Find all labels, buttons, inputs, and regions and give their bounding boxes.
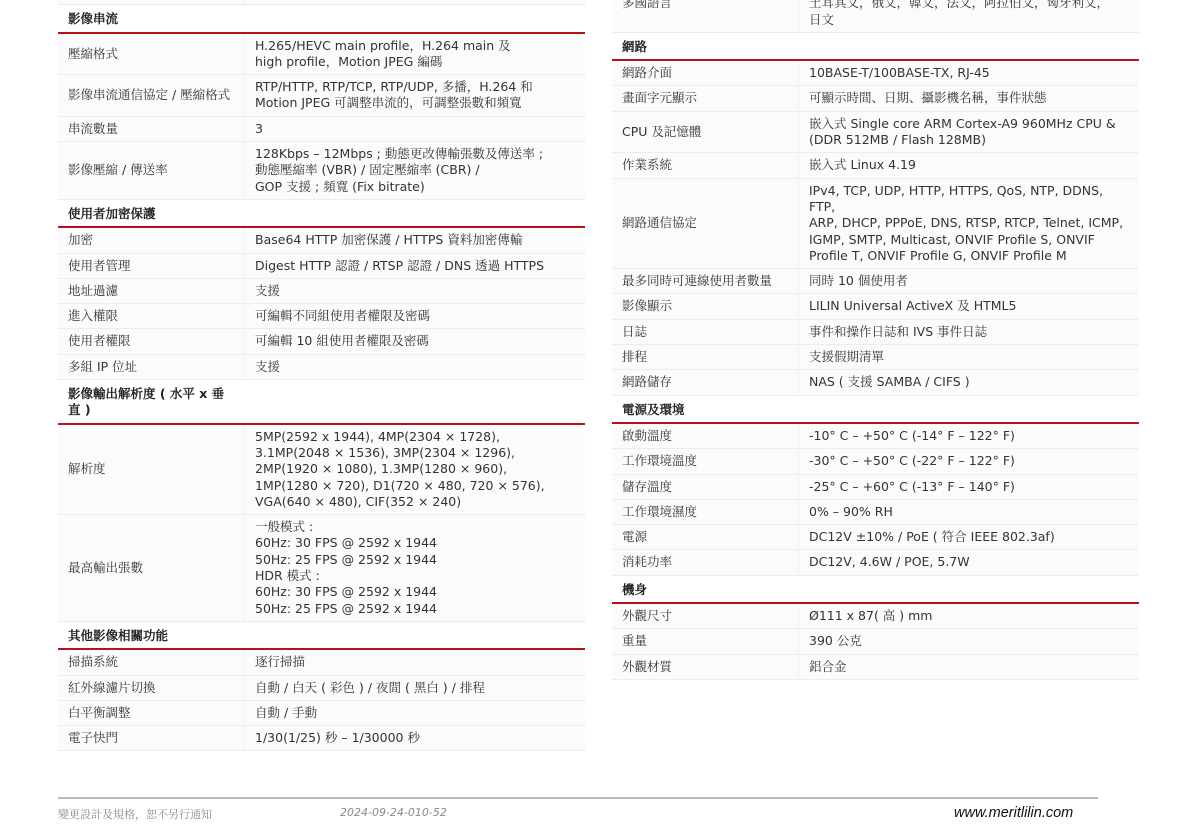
section-title: 影像輸出解析度 ( 水平 x 垂直 ) bbox=[58, 380, 245, 424]
spec-value: 支援 bbox=[245, 354, 586, 379]
spec-label: CPU 及記憶體 bbox=[612, 111, 799, 153]
spec-value: 事件和操作日誌和 IVS 事件日誌 bbox=[799, 319, 1140, 344]
section-spacer bbox=[799, 395, 1140, 423]
spec-label: 畫面字元顯示 bbox=[612, 86, 799, 111]
spec-row: 多組 IP 位址支援 bbox=[58, 354, 585, 379]
spec-value: 自動 / 手動 bbox=[245, 700, 586, 725]
section-header: 電源及環境 bbox=[612, 395, 1139, 423]
spec-row: 影像串流通信協定 / 壓縮格式RTP/HTTP, RTP/TCP, RTP/UD… bbox=[58, 75, 585, 117]
spec-row: 重量390 公克 bbox=[612, 629, 1139, 654]
spec-label: 網路通信協定 bbox=[612, 178, 799, 268]
spec-value: -30° C – +50° C (-22° F – 122° F) bbox=[799, 449, 1140, 474]
spec-row: 解析度5MP(2592 x 1944), 4MP(2304 × 1728), 3… bbox=[58, 424, 585, 515]
spec-row: 電源DC12V ±10% / PoE ( 符合 IEEE 802.3af) bbox=[612, 525, 1139, 550]
spec-row: 網路儲存NAS ( 支援 SAMBA / CIFS ) bbox=[612, 370, 1139, 395]
spec-row: 最高輸出張數一般模式 : 60Hz: 30 FPS @ 2592 x 1944 … bbox=[58, 515, 585, 622]
spec-label: 進入權限 bbox=[58, 304, 245, 329]
spec-value: IPv4, TCP, UDP, HTTP, HTTPS, QoS, NTP, D… bbox=[799, 178, 1140, 268]
section-title: 網路 bbox=[612, 32, 799, 60]
footer-disclaimer: 變更設計及規格，恕不另行通知 bbox=[58, 806, 212, 822]
spec-value: 自動 / 白天 ( 彩色 ) / 夜間 ( 黑白 ) / 排程 bbox=[245, 675, 586, 700]
spec-value: 可編輯不同組使用者權限及密碼 bbox=[245, 304, 586, 329]
footer-doc-code: 2024-09-24-010-52 bbox=[340, 806, 447, 819]
spec-value: DC12V, 4.6W / POE, 5.7W bbox=[799, 550, 1140, 575]
spec-label: 地址過濾 bbox=[58, 278, 245, 303]
spec-label: 儲存溫度 bbox=[612, 474, 799, 499]
spec-label: 最高輸出張數 bbox=[58, 515, 245, 622]
spec-value: -25° C – +60° C (-13° F – 140° F) bbox=[799, 474, 1140, 499]
spec-label: 電子快門 bbox=[58, 726, 245, 751]
spec-label: 作業系統 bbox=[612, 153, 799, 178]
spec-row: 網路介面10BASE-T/100BASE-TX, RJ-45 bbox=[612, 60, 1139, 86]
spec-label: 網路介面 bbox=[612, 60, 799, 86]
spec-row: 網路通信協定IPv4, TCP, UDP, HTTP, HTTPS, QoS, … bbox=[612, 178, 1139, 268]
spec-label: 使用者管理 bbox=[58, 253, 245, 278]
spec-value: 10BASE-T/100BASE-TX, RJ-45 bbox=[799, 60, 1140, 86]
spec-row: 使用者權限可編輯 10 組使用者權限及密碼 bbox=[58, 329, 585, 354]
spec-label: 工作環境溫度 bbox=[612, 449, 799, 474]
spec-value: Base64 HTTP 加密保護 / HTTPS 資料加密傳輸 bbox=[245, 227, 586, 253]
right-spec-column: 多國語言英文、繁體中文、簡體中文、西班牙文、義大利文、 土耳其文，俄文，韓文，法… bbox=[612, 0, 1139, 680]
section-header: 影像串流 bbox=[58, 5, 585, 33]
spec-label: 解析度 bbox=[58, 424, 245, 515]
spec-row: 啟動溫度-10° C – +50° C (-14° F – 122° F) bbox=[612, 423, 1139, 449]
spec-label: 影像壓縮 / 傳送率 bbox=[58, 142, 245, 200]
section-title: 電源及環境 bbox=[612, 395, 799, 423]
spec-row: 外觀尺寸Ø111 x 87( 高 ) mm bbox=[612, 603, 1139, 629]
section-spacer bbox=[245, 199, 586, 227]
spec-row: 畫面字元顯示可顯示時間、日期、攝影機名稱，事件狀態 bbox=[612, 86, 1139, 111]
footer-website-link[interactable]: www.meritlilin.com bbox=[954, 805, 1073, 821]
spec-value: 鋁合金 bbox=[799, 654, 1140, 679]
spec-value: 128Kbps – 12Mbps ; 動態更改傳輸張數及傳送率 ; 動態壓縮率 … bbox=[245, 142, 586, 200]
spec-label: 最多同時可連線使用者數量 bbox=[612, 269, 799, 294]
spec-label: 影像顯示 bbox=[612, 294, 799, 319]
spec-value: 0% – 90% RH bbox=[799, 499, 1140, 524]
spec-label: 日誌 bbox=[612, 319, 799, 344]
section-header: 機身 bbox=[612, 575, 1139, 603]
spec-value: 逐行掃描 bbox=[245, 649, 586, 675]
spec-label: 紅外線濾片切換 bbox=[58, 675, 245, 700]
spec-row: 工作環境濕度0% – 90% RH bbox=[612, 499, 1139, 524]
section-header: 網路 bbox=[612, 32, 1139, 60]
spec-row: 儲存溫度-25° C – +60° C (-13° F – 140° F) bbox=[612, 474, 1139, 499]
spec-value: 一般模式 : 60Hz: 30 FPS @ 2592 x 1944 50Hz: … bbox=[245, 515, 586, 622]
spec-value: 支援假期清單 bbox=[799, 345, 1140, 370]
spec-label: 電源 bbox=[612, 525, 799, 550]
spec-value: Ø111 x 87( 高 ) mm bbox=[799, 603, 1140, 629]
section-spacer bbox=[245, 621, 586, 649]
left-spec-table: 40VDC,450mW/300mA,450mW)，端子接線排影像串流壓縮格式H.… bbox=[58, 0, 585, 751]
spec-label: 加密 bbox=[58, 227, 245, 253]
spec-label: 排程 bbox=[612, 345, 799, 370]
spec-label: 網路儲存 bbox=[612, 370, 799, 395]
section-spacer bbox=[799, 575, 1140, 603]
spec-row: 消耗功率DC12V, 4.6W / POE, 5.7W bbox=[612, 550, 1139, 575]
spec-row: 壓縮格式H.265/HEVC main profile，H.264 main 及… bbox=[58, 33, 585, 75]
spec-value: 英文、繁體中文、簡體中文、西班牙文、義大利文、 土耳其文，俄文，韓文，法文，阿拉… bbox=[799, 0, 1140, 32]
spec-value: 可編輯 10 組使用者權限及密碼 bbox=[245, 329, 586, 354]
section-title: 機身 bbox=[612, 575, 799, 603]
spec-label: 多組 IP 位址 bbox=[58, 354, 245, 379]
footer-divider bbox=[58, 797, 1098, 799]
spec-row: 最多同時可連線使用者數量同時 10 個使用者 bbox=[612, 269, 1139, 294]
spec-label: 壓縮格式 bbox=[58, 33, 245, 75]
spec-value: NAS ( 支援 SAMBA / CIFS ) bbox=[799, 370, 1140, 395]
spec-row: 白平衡調整自動 / 手動 bbox=[58, 700, 585, 725]
spec-value: H.265/HEVC main profile，H.264 main 及 hig… bbox=[245, 33, 586, 75]
right-spec-table: 多國語言英文、繁體中文、簡體中文、西班牙文、義大利文、 土耳其文，俄文，韓文，法… bbox=[612, 0, 1139, 680]
spec-row: 影像顯示LILIN Universal ActiveX 及 HTML5 bbox=[612, 294, 1139, 319]
section-header: 影像輸出解析度 ( 水平 x 垂直 ) bbox=[58, 380, 585, 424]
section-spacer bbox=[245, 380, 586, 424]
spec-value: LILIN Universal ActiveX 及 HTML5 bbox=[799, 294, 1140, 319]
spec-label: 外觀材質 bbox=[612, 654, 799, 679]
spec-value: 嵌入式 Single core ARM Cortex-A9 960MHz CPU… bbox=[799, 111, 1140, 153]
spec-row: 作業系統嵌入式 Linux 4.19 bbox=[612, 153, 1139, 178]
spec-label: 多國語言 bbox=[612, 0, 799, 32]
spec-row: 加密Base64 HTTP 加密保護 / HTTPS 資料加密傳輸 bbox=[58, 227, 585, 253]
spec-value: 3 bbox=[245, 116, 586, 141]
section-title: 使用者加密保護 bbox=[58, 199, 245, 227]
spec-value: 嵌入式 Linux 4.19 bbox=[799, 153, 1140, 178]
spec-row: 排程支援假期清單 bbox=[612, 345, 1139, 370]
spec-label: 工作環境濕度 bbox=[612, 499, 799, 524]
spec-row: CPU 及記憶體嵌入式 Single core ARM Cortex-A9 96… bbox=[612, 111, 1139, 153]
section-title: 其他影像相關功能 bbox=[58, 621, 245, 649]
section-header: 使用者加密保護 bbox=[58, 199, 585, 227]
spec-row: 工作環境溫度-30° C – +50° C (-22° F – 122° F) bbox=[612, 449, 1139, 474]
spec-row: 日誌事件和操作日誌和 IVS 事件日誌 bbox=[612, 319, 1139, 344]
spec-value: 同時 10 個使用者 bbox=[799, 269, 1140, 294]
spec-value: RTP/HTTP, RTP/TCP, RTP/UDP, 多播，H.264 和 M… bbox=[245, 75, 586, 117]
spec-label: 消耗功率 bbox=[612, 550, 799, 575]
spec-label: 白平衡調整 bbox=[58, 700, 245, 725]
spec-label: 使用者權限 bbox=[58, 329, 245, 354]
spec-value: 可顯示時間、日期、攝影機名稱，事件狀態 bbox=[799, 86, 1140, 111]
section-spacer bbox=[799, 32, 1140, 60]
spec-label: 啟動溫度 bbox=[612, 423, 799, 449]
spec-label: 外觀尺寸 bbox=[612, 603, 799, 629]
spec-label: 影像串流通信協定 / 壓縮格式 bbox=[58, 75, 245, 117]
spec-row: 串流數量3 bbox=[58, 116, 585, 141]
spec-row: 掃描系統逐行掃描 bbox=[58, 649, 585, 675]
spec-row: 電子快門1/30(1/25) 秒 – 1/30000 秒 bbox=[58, 726, 585, 751]
spec-row: 紅外線濾片切換自動 / 白天 ( 彩色 ) / 夜間 ( 黑白 ) / 排程 bbox=[58, 675, 585, 700]
spec-label: 掃描系統 bbox=[58, 649, 245, 675]
spec-label: 串流數量 bbox=[58, 116, 245, 141]
spec-row: 使用者管理Digest HTTP 認證 / RTSP 認證 / DNS 透過 H… bbox=[58, 253, 585, 278]
section-title: 影像串流 bbox=[58, 5, 245, 33]
spec-row: 外觀材質鋁合金 bbox=[612, 654, 1139, 679]
spec-value: DC12V ±10% / PoE ( 符合 IEEE 802.3af) bbox=[799, 525, 1140, 550]
spec-value: 1/30(1/25) 秒 – 1/30000 秒 bbox=[245, 726, 586, 751]
spec-value: 5MP(2592 x 1944), 4MP(2304 × 1728), 3.1M… bbox=[245, 424, 586, 515]
spec-row: 進入權限可編輯不同組使用者權限及密碼 bbox=[58, 304, 585, 329]
spec-label: 重量 bbox=[612, 629, 799, 654]
spec-row: 影像壓縮 / 傳送率128Kbps – 12Mbps ; 動態更改傳輸張數及傳送… bbox=[58, 142, 585, 200]
spec-row: 地址過濾支援 bbox=[58, 278, 585, 303]
spec-row: 多國語言英文、繁體中文、簡體中文、西班牙文、義大利文、 土耳其文，俄文，韓文，法… bbox=[612, 0, 1139, 32]
spec-value: 390 公克 bbox=[799, 629, 1140, 654]
spec-value: -10° C – +50° C (-14° F – 122° F) bbox=[799, 423, 1140, 449]
left-spec-column: 40VDC,450mW/300mA,450mW)，端子接線排影像串流壓縮格式H.… bbox=[58, 0, 585, 751]
section-header: 其他影像相關功能 bbox=[58, 621, 585, 649]
spec-value: Digest HTTP 認證 / RTSP 認證 / DNS 透過 HTTPS bbox=[245, 253, 586, 278]
section-spacer bbox=[245, 5, 586, 33]
spec-value: 支援 bbox=[245, 278, 586, 303]
